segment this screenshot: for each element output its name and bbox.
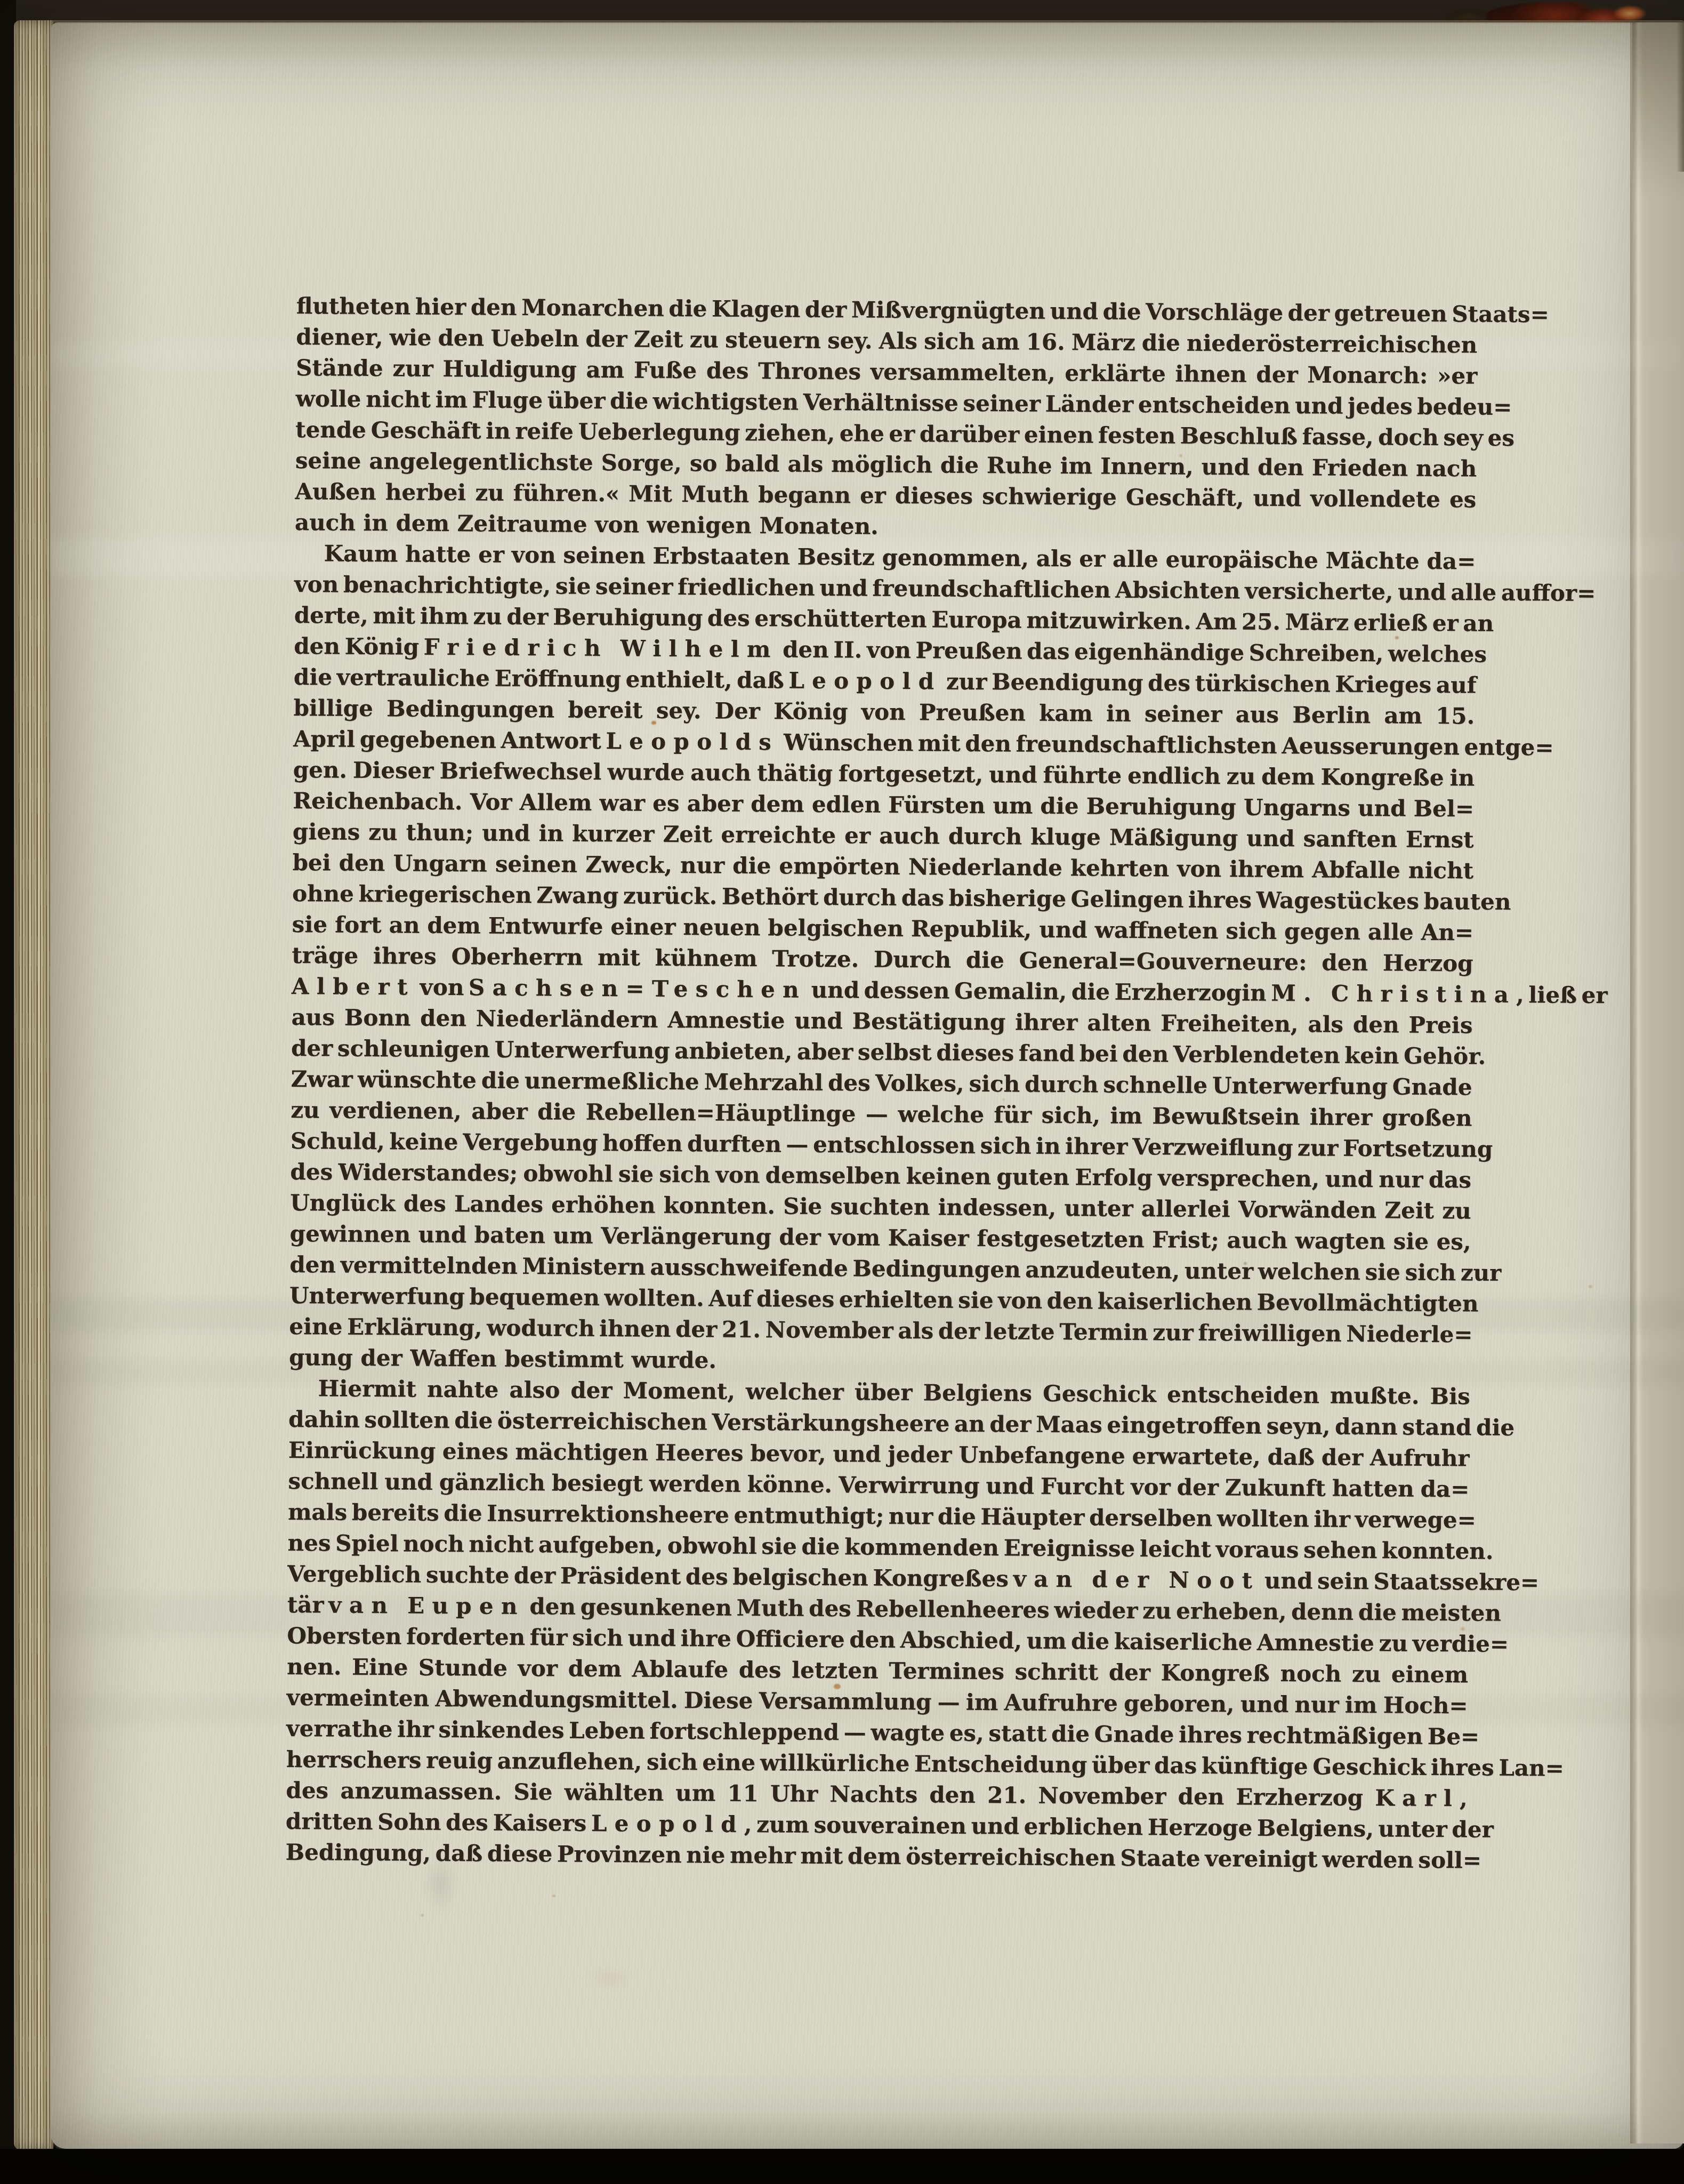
- spaced-name: Sachsen=Teschen: [469, 974, 807, 1002]
- spaced-name: Leopold: [591, 1810, 744, 1837]
- spaced-name: Friedrich Wilhelm: [423, 634, 778, 663]
- background-bottom: [0, 2149, 1684, 2184]
- spaced-name: Karl: [1375, 1785, 1460, 1811]
- spaced-name: van der Noot: [1013, 1565, 1260, 1593]
- spaced-name: Leopolds: [606, 728, 779, 755]
- page-fore-edges: [14, 20, 53, 2151]
- page-text: flutheten hier den Monarchen die Klagen …: [285, 291, 1478, 1876]
- spaced-name: van Eupen: [328, 1592, 525, 1619]
- underlying-page-edge: [1630, 22, 1684, 2143]
- right-page-edge: [1677, 22, 1684, 172]
- spaced-name: M. Christina: [1271, 980, 1516, 1008]
- page-top-edge: [51, 20, 1684, 24]
- scanned-book-photo: flutheten hier den Monarchen die Klagen …: [0, 0, 1684, 2184]
- spaced-name: Leopold: [788, 667, 941, 694]
- spaced-name: Albert: [292, 973, 415, 1000]
